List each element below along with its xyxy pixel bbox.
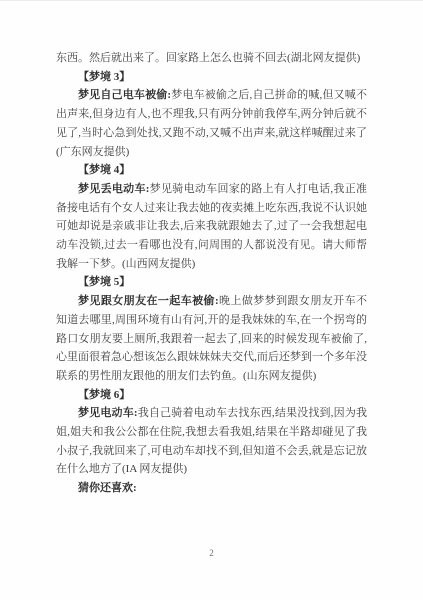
section-heading-dream-6: 【梦境 6】 — [56, 386, 367, 405]
section-heading-dream-5: 【梦境 5】 — [56, 273, 367, 292]
guess-you-like-lead: 猜你还喜欢: — [78, 482, 137, 494]
page-content: 东西。然后就出来了。回家路上怎么也骑不回去(湖北网友提供) 【梦境 3】 梦见自… — [56, 49, 367, 498]
paragraph-dream-5: 梦见跟女朋友在一起车被偷:晚上做梦梦到跟女朋友开车不知道去哪里,周围环境有山有河… — [56, 292, 367, 386]
page-number: 2 — [0, 548, 423, 558]
section-heading-dream-3: 【梦境 3】 — [56, 68, 367, 87]
paragraph-dream-4-body: 梦见骑电动车回家的路上有人打电话,我正准备接电话有个女人过来让我去她的夜卖摊上吃… — [56, 183, 367, 270]
paragraph-continuation: 东西。然后就出来了。回家路上怎么也骑不回去(湖北网友提供) — [56, 49, 367, 68]
paragraph-dream-5-lead: 梦见跟女朋友在一起车被偷: — [78, 295, 219, 307]
paragraph-dream-3: 梦见自己电车被偷:梦电车被偷之后,自己拼命的喊,但又喊不出声来,但身边有人,也不… — [56, 86, 367, 161]
guess-you-like-label: 猜你还喜欢: — [56, 479, 367, 498]
paragraph-dream-6: 梦见电动车:我自己骑着电动车去找东西,结果没找到,因为我姐,姐夫和我公公都在住院… — [56, 404, 367, 479]
paragraph-dream-4-lead: 梦见丢电动车: — [78, 183, 149, 195]
paragraph-dream-6-lead: 梦见电动车: — [78, 407, 138, 419]
document-page: 东西。然后就出来了。回家路上怎么也骑不回去(湖北网友提供) 【梦境 3】 梦见自… — [0, 0, 423, 600]
paragraph-dream-3-lead: 梦见自己电车被偷: — [78, 89, 171, 101]
section-heading-dream-4: 【梦境 4】 — [56, 161, 367, 180]
paragraph-dream-4: 梦见丢电动车:梦见骑电动车回家的路上有人打电话,我正准备接电话有个女人过来让我去… — [56, 180, 367, 274]
paragraph-dream-5-body: 晚上做梦梦到跟女朋友开车不知道去哪里,周围环境有山有河,开的是我妹妹的车,在一个… — [56, 295, 367, 382]
